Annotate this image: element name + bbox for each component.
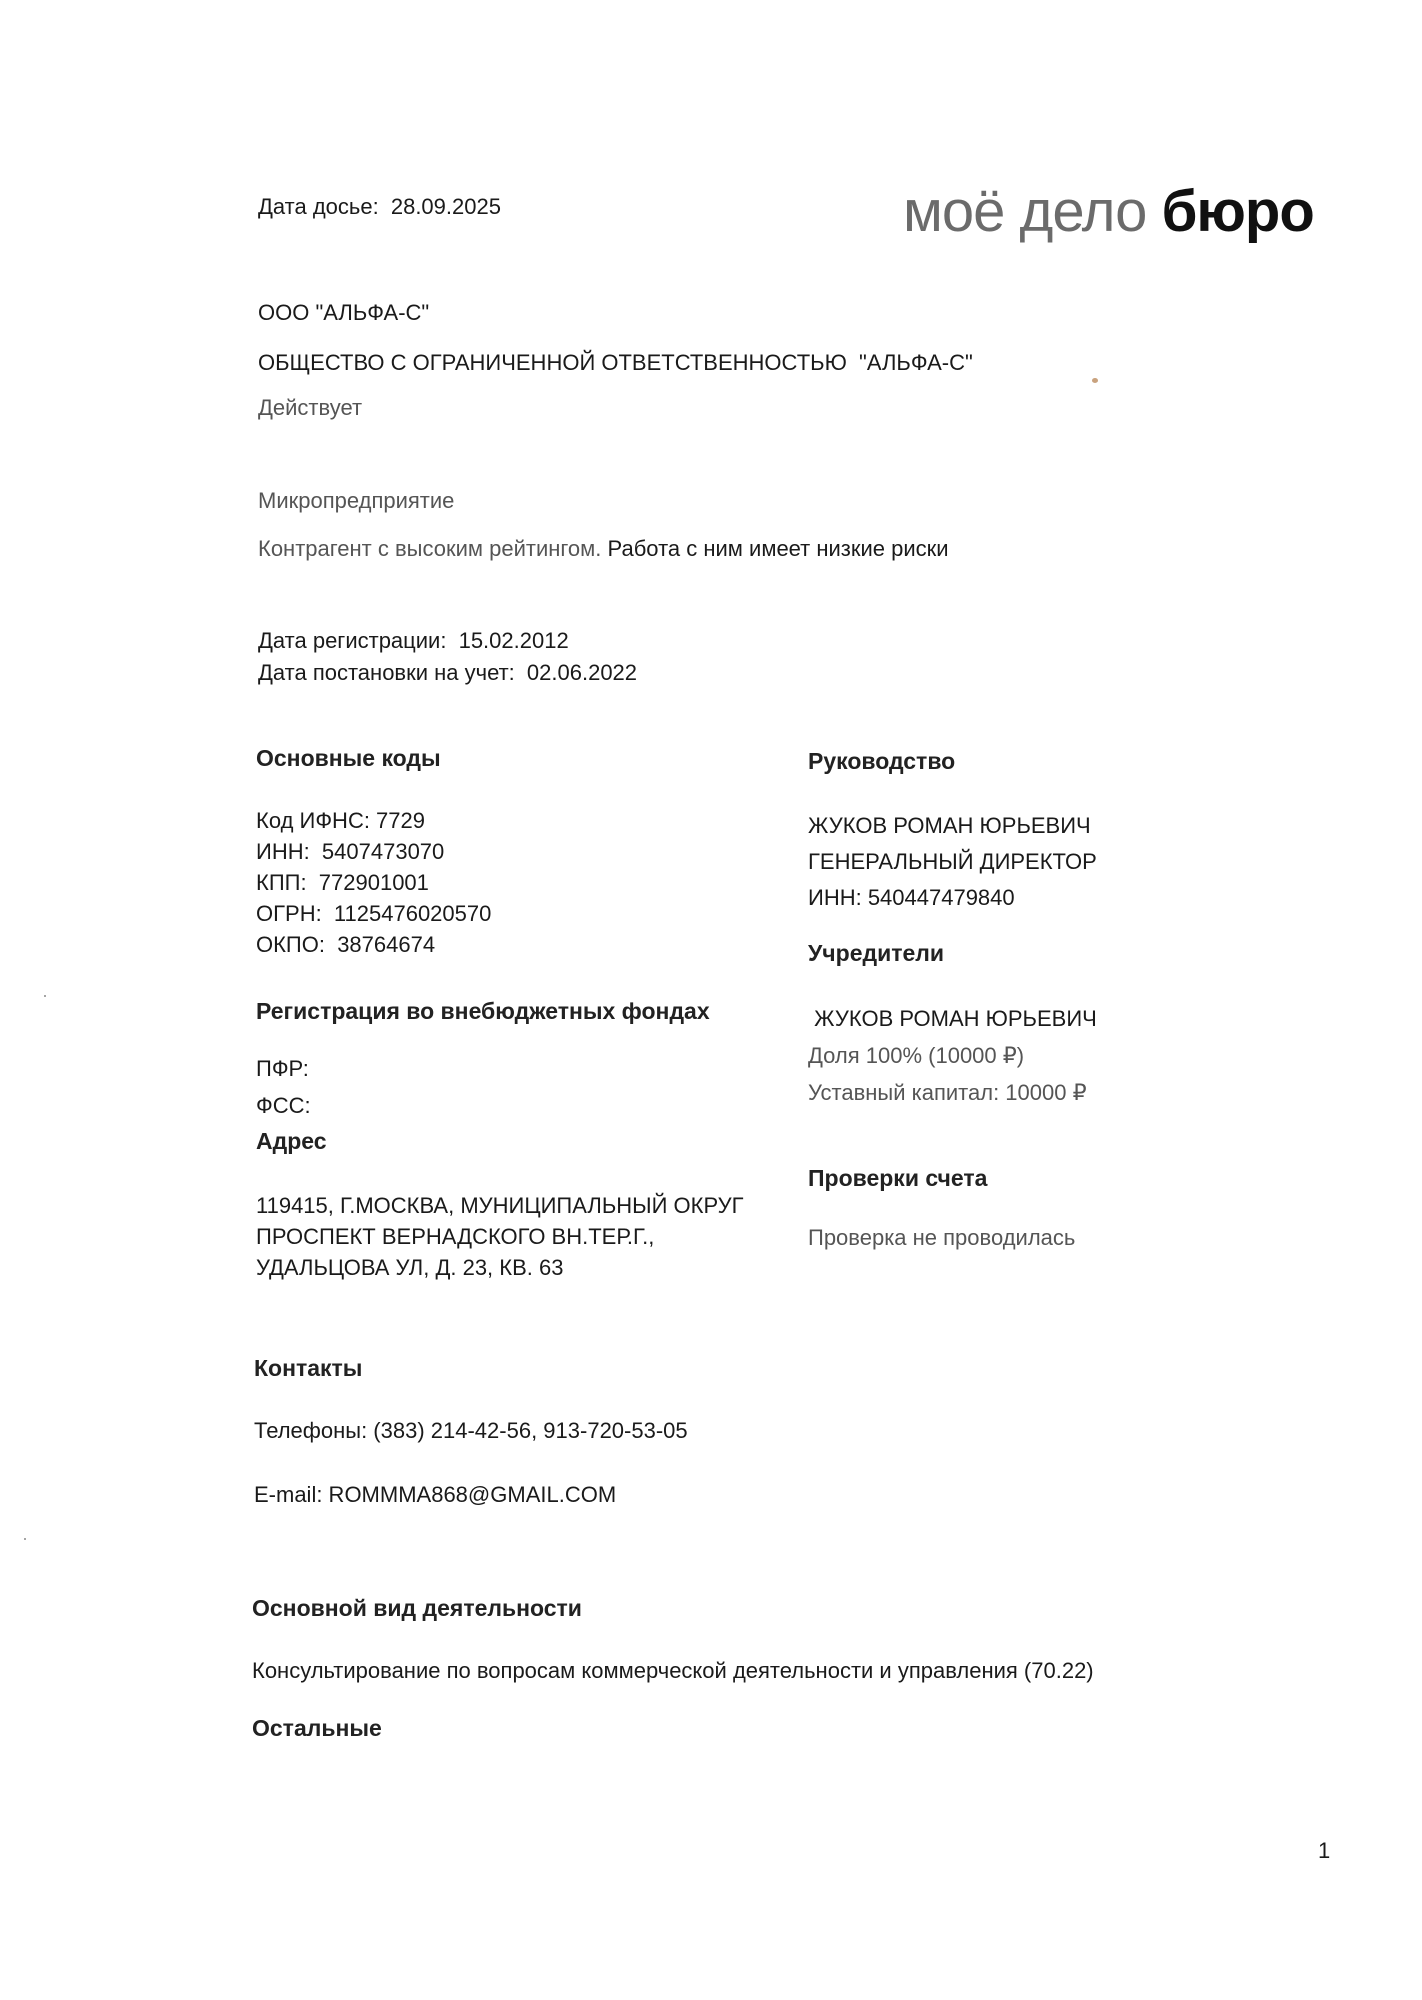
code-ifns: Код ИФНС: 7729 <box>256 805 491 836</box>
logo-part-buro: бюро <box>1162 179 1314 244</box>
director-position: ГЕНЕРАЛЬНЫЙ ДИРЕКТОР <box>808 844 1097 880</box>
address-line: УДАЛЬЦОВА УЛ, Д. 23, КВ. 63 <box>256 1252 744 1283</box>
management-title: Руководство <box>808 748 955 775</box>
code-kpp: КПП: 772901001 <box>256 867 491 898</box>
director-name: ЖУКОВ РОМАН ЮРЬЕВИЧ <box>808 808 1097 844</box>
address-line: ПРОСПЕКТ ВЕРНАДСКОГО ВН.ТЕР.Г., <box>256 1221 744 1252</box>
funds-fss: ФСС: <box>256 1093 311 1119</box>
code-ogrn: ОГРН: 1125476020570 <box>256 898 491 929</box>
dossier-date-label: Дата досье: <box>258 194 379 219</box>
contacts-phones: Телефоны: (383) 214-42-56, 913-720-53-05 <box>254 1418 688 1444</box>
tax-registration-label: Дата постановки на учет: <box>258 660 515 685</box>
account-checks-status: Проверка не проводилась <box>808 1225 1075 1251</box>
code-okpo: ОКПО: 38764674 <box>256 929 491 960</box>
management-details: ЖУКОВ РОМАН ЮРЬЕВИЧ ГЕНЕРАЛЬНЫЙ ДИРЕКТОР… <box>808 808 1097 916</box>
page-number: 1 <box>1318 1838 1330 1864</box>
rating-text-part2: Работа с ним имеет низкие риски <box>608 536 949 561</box>
codes-title: Основные коды <box>256 745 441 772</box>
tax-registration-value: 02.06.2022 <box>527 660 637 685</box>
address-title: Адрес <box>256 1128 327 1155</box>
founders-details: ЖУКОВ РОМАН ЮРЬЕВИЧ Доля 100% (10000 ₽) … <box>808 1000 1097 1111</box>
account-checks-title: Проверки счета <box>808 1165 987 1192</box>
company-short-name: ООО "АЛЬФА-С" <box>258 300 429 326</box>
founders-title: Учредители <box>808 940 944 967</box>
company-full-name: ОБЩЕСТВО С ОГРАНИЧЕННОЙ ОТВЕТСТВЕННОСТЬЮ… <box>258 350 973 376</box>
company-status: Действует <box>258 395 362 421</box>
scan-speck <box>44 995 46 997</box>
scan-speck <box>1092 378 1098 383</box>
rating-text-part1: Контрагент с высоким рейтингом. <box>258 536 601 561</box>
activity-title: Основной вид деятельности <box>252 1595 582 1622</box>
funds-pfr: ПФР: <box>256 1056 309 1082</box>
activity-main: Консультирование по вопросам коммерческо… <box>252 1658 1094 1684</box>
contacts-email: E-mail: ROMMMA868@GMAIL.COM <box>254 1482 616 1508</box>
address-lines: 119415, Г.МОСКВА, МУНИЦИПАЛЬНЫЙ ОКРУГ ПР… <box>256 1190 744 1283</box>
company-rating: Контрагент с высоким рейтингом. Работа с… <box>258 536 949 562</box>
contacts-title: Контакты <box>254 1355 362 1382</box>
codes-list: Код ИФНС: 7729 ИНН: 5407473070 КПП: 7729… <box>256 805 491 960</box>
address-line: 119415, Г.МОСКВА, МУНИЦИПАЛЬНЫЙ ОКРУГ <box>256 1190 744 1221</box>
tax-registration-date: Дата постановки на учет: 02.06.2022 <box>258 660 637 686</box>
activity-others-title: Остальные <box>252 1715 382 1742</box>
code-inn: ИНН: 5407473070 <box>256 836 491 867</box>
company-category: Микропредприятие <box>258 488 454 514</box>
founder-name: ЖУКОВ РОМАН ЮРЬЕВИЧ <box>808 1000 1097 1037</box>
charter-capital: Уставный капитал: 10000 ₽ <box>808 1074 1097 1111</box>
founder-share: Доля 100% (10000 ₽) <box>808 1037 1097 1074</box>
dossier-date: Дата досье: 28.09.2025 <box>258 194 501 220</box>
registration-date: Дата регистрации: 15.02.2012 <box>258 628 569 654</box>
registration-date-label: Дата регистрации: <box>258 628 446 653</box>
dossier-date-value: 28.09.2025 <box>391 194 501 219</box>
director-inn: ИНН: 540447479840 <box>808 880 1097 916</box>
scan-speck <box>24 1538 26 1540</box>
registration-date-value: 15.02.2012 <box>459 628 569 653</box>
logo-part-moe-delo: моё дело <box>903 179 1146 244</box>
funds-title: Регистрация во внебюджетных фондах <box>256 998 710 1025</box>
brand-logo: моё дело бюро <box>903 178 1314 245</box>
